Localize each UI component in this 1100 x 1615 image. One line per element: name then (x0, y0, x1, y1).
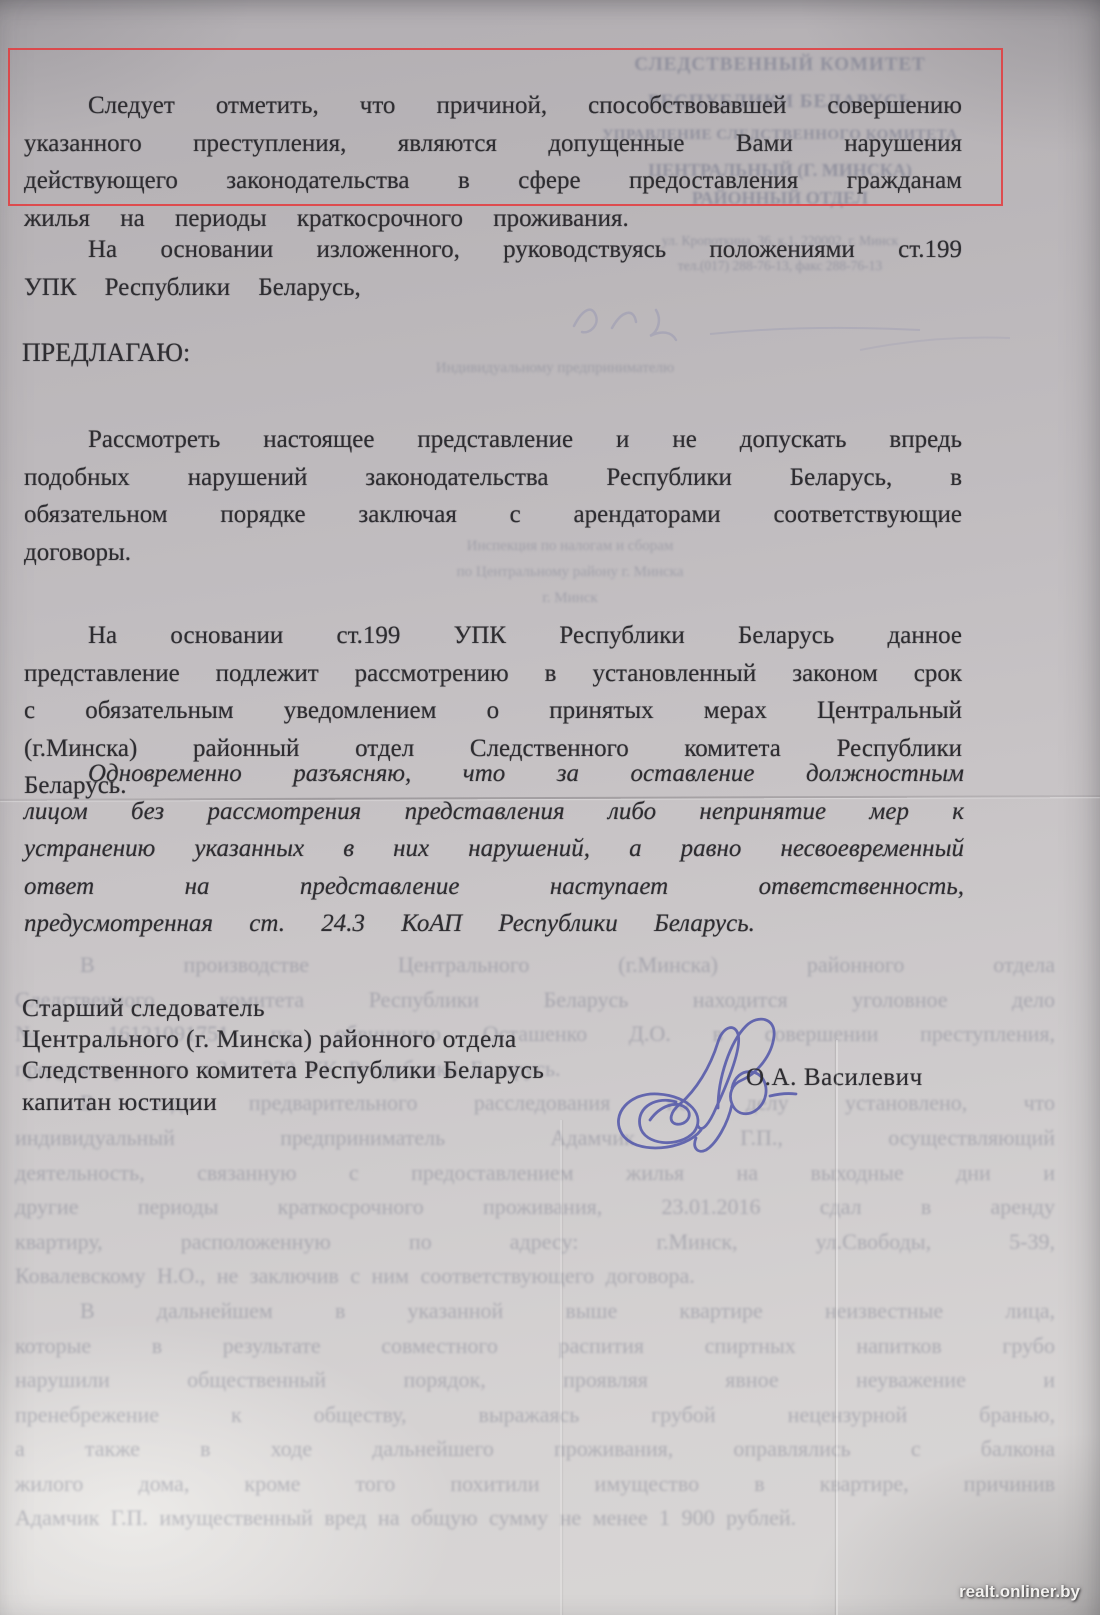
highlighted-paragraph: Следует отметить, что причиной, способст… (24, 87, 962, 237)
bleedthrough-body-line: которые в результате совместного распити… (15, 1333, 1055, 1359)
signer-name: О.А. Василевич (746, 1064, 923, 1092)
signer-position-line: Следственного комитета Республики Белару… (22, 1054, 544, 1085)
basis-paragraph: На основании изложенного, руководствуясь… (24, 231, 962, 306)
bleedthrough-body-line: пренебрежение к обществу, выражаясь груб… (15, 1402, 1055, 1428)
propose-heading: ПРЕДЛАГАЮ: (22, 338, 190, 368)
bleedthrough-body-line: деятельность, связанную с предоставление… (15, 1160, 1055, 1186)
bleedthrough-mid-line: г. Минск (395, 590, 745, 607)
paper-crease (836, 1040, 838, 1615)
signature-block: Старший следователь Центрального (г. Мин… (22, 992, 544, 1117)
watermark-label: realt.onliner.by (959, 1582, 1080, 1602)
signer-position-line: Старший следователь (22, 992, 544, 1023)
bleedthrough-body-line: В производстве Центрального (г.Минска) р… (80, 952, 1055, 978)
bleedthrough-body-line: другие периоды краткосрочного проживания… (15, 1194, 1055, 1220)
document-photo: СЛЕДСТВЕННЫЙ КОМИТЕТ РЕСПУБЛИКИ БЕЛАРУСЬ… (0, 0, 1100, 1615)
bleedthrough-mid-line: Индивидуальному предпринимателю (340, 360, 770, 377)
signer-position-line: Центрального (г. Минска) районного отдел… (22, 1023, 544, 1054)
bleedthrough-body-line: Адамчик Г.П. имущественный вред на общую… (15, 1505, 1055, 1531)
bleedthrough-body-line: а также в ходе дальнейшего проживания, о… (15, 1436, 1055, 1462)
bleedthrough-body-line: В дальнейшем в указанной выше квартире н… (80, 1298, 1055, 1324)
propose-paragraph: Рассмотреть настоящее представление и не… (24, 421, 962, 571)
paper-crease (560, 1120, 562, 1615)
bleedthrough-body-line: квартиру, расположенную по адресу: г.Мин… (15, 1229, 1055, 1255)
bleedthrough-body-line: Ковалевскому Н.О., не заключив с ним соо… (15, 1263, 1055, 1289)
signer-position-line: капитан юстиции (22, 1086, 544, 1117)
bleedthrough-body-line: нарушили общественный порядок, проявляя … (15, 1367, 1055, 1393)
warning-paragraph-italic: Одновременно разъясняю, что за оставлени… (24, 755, 964, 943)
bleedthrough-body-line: жилого дома, кроме того похитили имущест… (15, 1471, 1055, 1497)
bleedthrough-body-line: индивидуальный предприниматель Адамчик Г… (15, 1125, 1055, 1151)
